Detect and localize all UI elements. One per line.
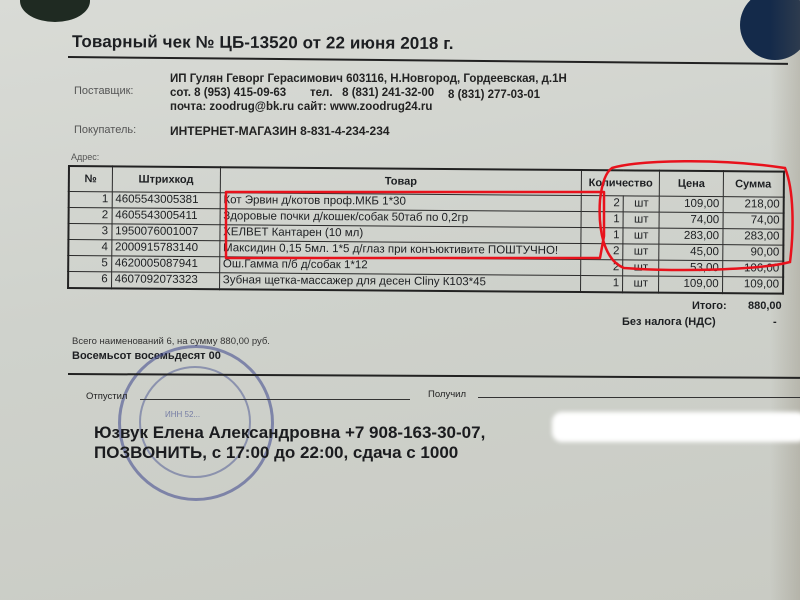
red-highlight-prices <box>600 161 793 270</box>
red-annotation-overlay <box>0 0 800 600</box>
red-highlight-items <box>226 192 604 258</box>
